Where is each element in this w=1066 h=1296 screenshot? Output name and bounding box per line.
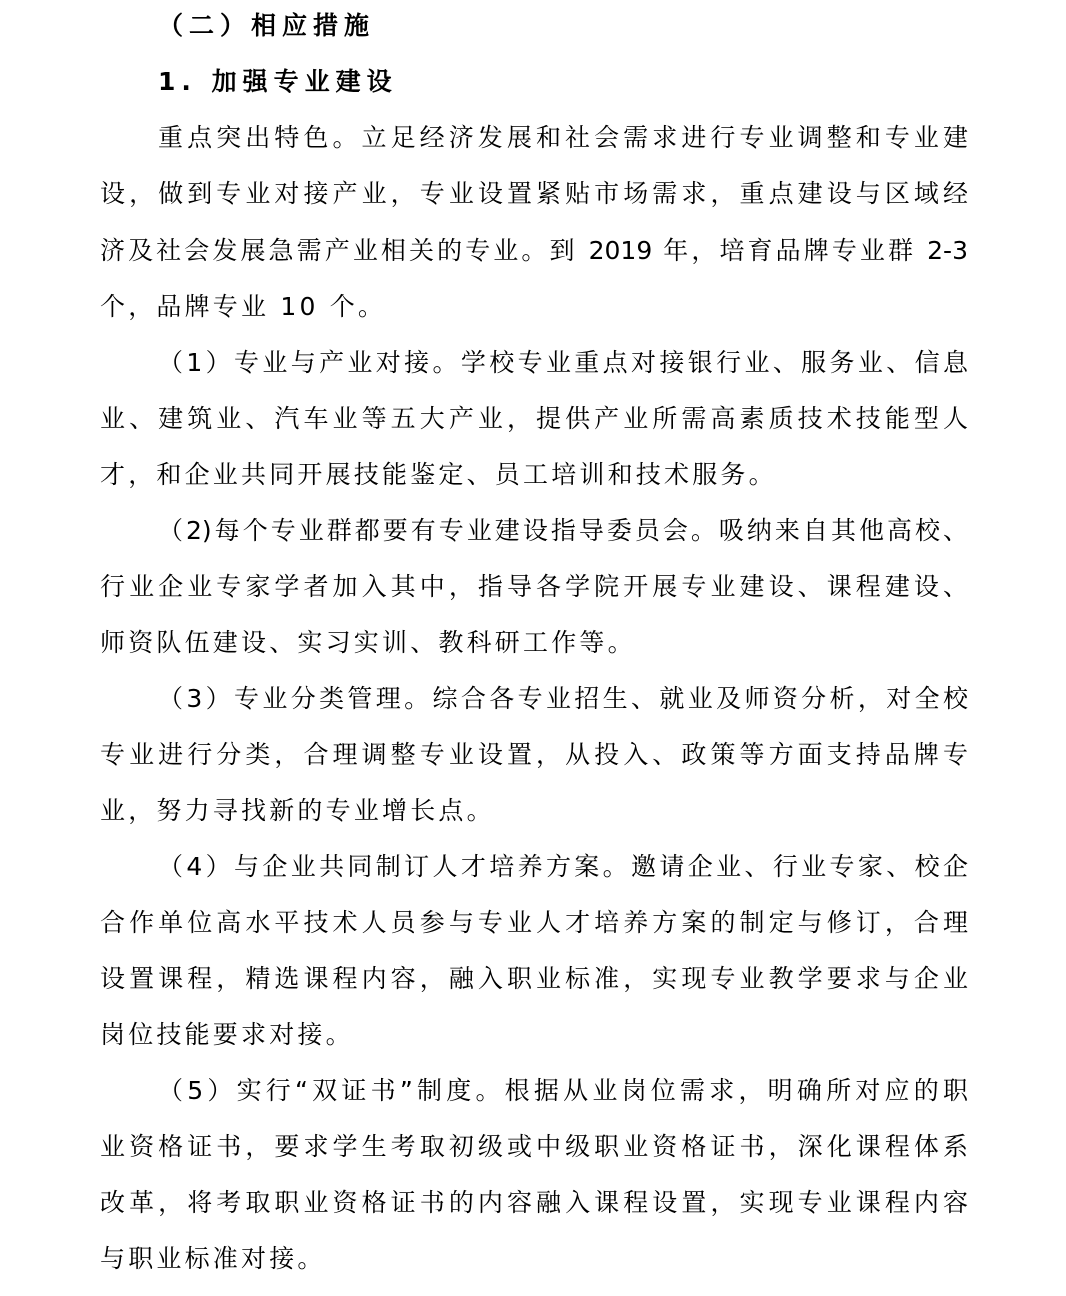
paragraph-line: 师资队伍建设、实习实训、教科研工作等。 [100, 623, 968, 663]
paragraph-line: （3）专业分类管理。综合各专业招生、就业及师资分析，对全校 [158, 679, 968, 719]
paragraph-line: 行业企业专家学者加入其中，指导各学院开展专业建设、课程建设、 [100, 567, 968, 607]
paragraph-line: 合作单位高水平技术人员参与专业人才培养方案的制定与修订，合理 [100, 903, 968, 943]
paragraph-line: （2)每个专业群都要有专业建设指导委员会。吸纳来自其他高校、 [158, 511, 968, 551]
paragraph-line: 改革，将考取职业资格证书的内容融入课程设置，实现专业课程内容 [100, 1183, 968, 1223]
subsection-heading: 1. 加强专业建设 [158, 62, 1026, 102]
paragraph-line: （4）与企业共同制订人才培养方案。邀请企业、行业专家、校企 [158, 847, 968, 887]
paragraph-line: 岗位技能要求对接。 [100, 1015, 968, 1055]
section-heading: （二）相应措施 [158, 6, 1026, 46]
paragraph-line: 设置课程，精选课程内容，融入职业标准，实现专业教学要求与企业 [100, 959, 968, 999]
paragraph-line: 济及社会发展急需产业相关的专业。到 2019 年，培育品牌专业群 2-3 [100, 231, 968, 271]
paragraph-line: 专业进行分类，合理调整专业设置，从投入、政策等方面支持品牌专 [100, 735, 968, 775]
paragraph-line: 业资格证书，要求学生考取初级或中级职业资格证书，深化课程体系 [100, 1127, 968, 1167]
paragraph-line: 个，品牌专业 10 个。 [100, 287, 968, 327]
paragraph-line: 业，努力寻找新的专业增长点。 [100, 791, 968, 831]
paragraph-line: 业、建筑业、汽车业等五大产业，提供产业所需高素质技术技能型人 [100, 399, 968, 439]
paragraph-line: （5）实行“双证书”制度。根据从业岗位需求，明确所对应的职 [158, 1071, 968, 1111]
paragraph-line: 重点突出特色。立足经济发展和社会需求进行专业调整和专业建 [158, 118, 968, 158]
paragraph-line: 才，和企业共同开展技能鉴定、员工培训和技术服务。 [100, 455, 968, 495]
paragraph-line: （1）专业与产业对接。学校专业重点对接银行业、服务业、信息 [158, 343, 968, 383]
paragraph-line: 设，做到专业对接产业，专业设置紧贴市场需求，重点建设与区域经 [100, 174, 968, 214]
document-page: （二）相应措施 1. 加强专业建设 重点突出特色。立足经济发展和社会需求进行专业… [0, 0, 1066, 1296]
paragraph-line: 与职业标准对接。 [100, 1239, 968, 1279]
